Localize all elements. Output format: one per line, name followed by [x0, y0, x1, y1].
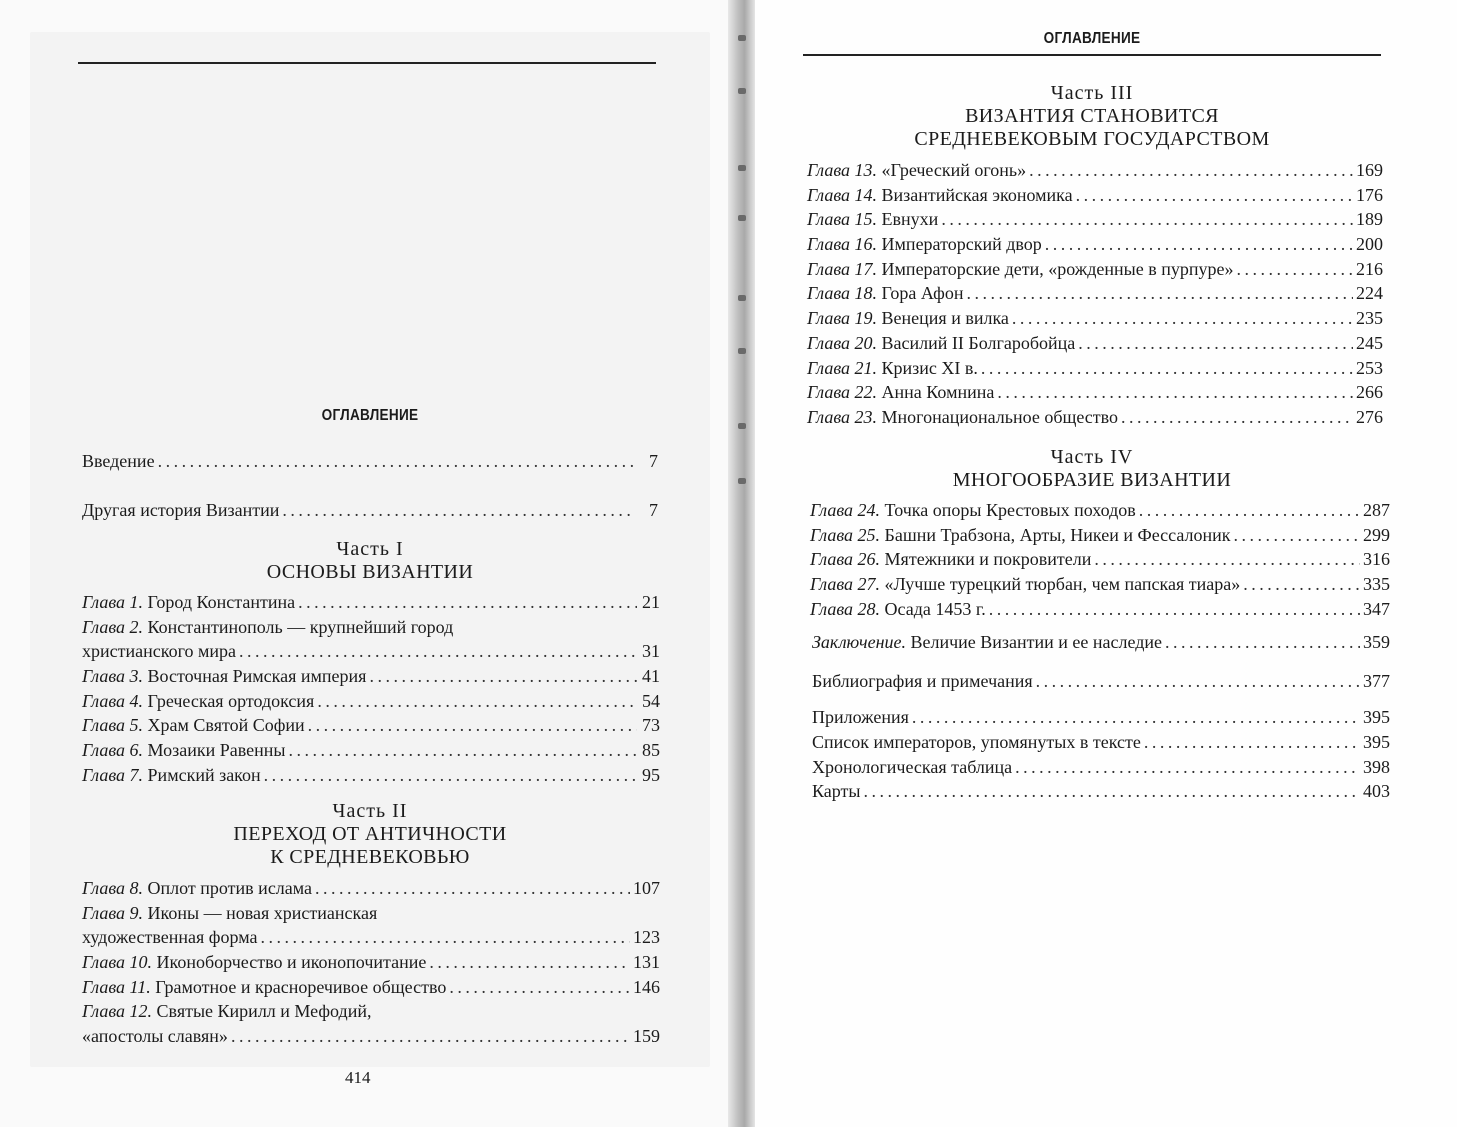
- toc-entry-emperors-list[interactable]: Список императоров, упомянутых в тексте3…: [812, 732, 1390, 757]
- entry-title: Введение: [82, 451, 155, 472]
- entry-title: Глава 7. Римский закон: [82, 765, 261, 786]
- leader-dots: [158, 451, 635, 472]
- toc-entry-chapter-2[interactable]: Глава 2. Константинополь — крупнейший го…: [82, 617, 660, 642]
- page-ref: 216: [1356, 259, 1383, 280]
- entry-title: Глава 1. Город Константина: [82, 592, 295, 613]
- entry-prefix: Глава 13.: [807, 160, 877, 180]
- entry-prefix: Глава 8.: [82, 878, 143, 898]
- toc-entry-chapter-5[interactable]: Глава 5. Храм Святой Софии73: [82, 715, 660, 740]
- toc-entry-chapter-24[interactable]: Глава 24. Точка опоры Крестовых походов2…: [810, 500, 1390, 525]
- entry-title: Глава 20. Василий II Болгаробойца: [807, 333, 1075, 354]
- part-2-heading: Часть II ПЕРЕХОД ОТ АНТИЧНОСТИ К СРЕДНЕВ…: [60, 800, 680, 869]
- leader-dots: [1139, 500, 1360, 521]
- toc-entry-chapter-18[interactable]: Глава 18. Гора Афон224: [807, 283, 1383, 308]
- entry-title: Глава 10. Иконоборчество и иконопочитани…: [82, 952, 426, 973]
- page-ref: 21: [640, 592, 660, 613]
- entry-title: Мятежники и покровители: [885, 549, 1092, 569]
- binding-thread: [738, 348, 746, 354]
- entry-title: Глава 17. Императорские дети, «рожденные…: [807, 259, 1233, 280]
- page-ref: 189: [1356, 209, 1383, 230]
- intro-entries: Введение7 Другая история Византии7: [82, 451, 658, 524]
- entry-title: Глава 25. Башни Трабзона, Арты, Никеи и …: [810, 525, 1230, 546]
- leader-dots: [1233, 525, 1360, 546]
- page-ref: 123: [633, 927, 660, 948]
- entry-title: Глава 4. Греческая ортодоксия: [82, 691, 314, 712]
- entry-title: «апостолы славян»: [82, 1026, 228, 1047]
- page-ref: 146: [633, 977, 660, 998]
- binding-thread: [738, 35, 746, 41]
- entry-title: Мозаики Равенны: [148, 740, 286, 760]
- leader-dots: [1236, 259, 1353, 280]
- leader-dots: [239, 641, 637, 662]
- leader-dots: [1165, 632, 1360, 653]
- entry-prefix: Глава 18.: [807, 283, 877, 303]
- entry-title: Византийская экономика: [882, 185, 1073, 205]
- toc-entry-chapter-26[interactable]: Глава 26. Мятежники и покровители316: [810, 549, 1390, 574]
- toc-entry-conclusion[interactable]: Заключение. Величие Византии и ее наслед…: [812, 632, 1390, 657]
- part-4-chapters: Глава 24. Точка опоры Крестовых походов2…: [810, 500, 1390, 623]
- leader-dots: [1029, 160, 1353, 181]
- book-spine: [728, 0, 758, 1127]
- toc-entry-chapter-27[interactable]: Глава 27. «Лучше турецкий тюрбан, чем па…: [810, 574, 1390, 599]
- entry-title: Глава 16. Императорский двор: [807, 234, 1042, 255]
- entry-title: Евнухи: [882, 209, 939, 229]
- part-3-chapters: Глава 13. «Греческий огонь»169 Глава 14.…: [807, 160, 1383, 432]
- toc-entry-chapter-25[interactable]: Глава 25. Башни Трабзона, Арты, Никеи и …: [810, 525, 1390, 550]
- page-ref: 403: [1363, 781, 1390, 802]
- entry-title: христианского мира: [82, 641, 236, 662]
- toc-entry-chapter-22[interactable]: Глава 22. Анна Комнина266: [807, 382, 1383, 407]
- page-ref: 316: [1363, 549, 1390, 570]
- entry-prefix: Глава 26.: [810, 549, 880, 569]
- toc-entry-chapter-6[interactable]: Глава 6. Мозаики Равенны85: [82, 740, 660, 765]
- toc-entry-introduction[interactable]: Введение7: [82, 451, 658, 476]
- entry-title: Императорский двор: [882, 234, 1042, 254]
- toc-entry-chapter-1[interactable]: Глава 1. Город Константина21: [82, 592, 660, 617]
- entry-title: Глава 19. Венеция и вилка: [807, 308, 1009, 329]
- leader-dots: [966, 283, 1353, 304]
- entry-title: Гора Афон: [882, 283, 964, 303]
- entry-title: Греческая ортодоксия: [148, 691, 315, 711]
- entry-title: Глава 6. Мозаики Равенны: [82, 740, 285, 761]
- page-ref: 107: [633, 878, 660, 899]
- binding-thread: [738, 295, 746, 301]
- entry-title: Глава 27. «Лучше турецкий тюрбан, чем па…: [810, 574, 1240, 595]
- leader-dots: [282, 500, 635, 521]
- entry-title: Глава 21. Кризис XI в.: [807, 358, 978, 379]
- toc-entry-chapter-28[interactable]: Глава 28. Осада 1453 г.347: [810, 599, 1390, 624]
- leader-dots: [260, 927, 630, 948]
- entry-title: Восточная Римская империя: [148, 666, 367, 686]
- entry-title: Глава 8. Оплот против ислама: [82, 878, 312, 899]
- leader-dots: [449, 977, 630, 998]
- header-rule: [803, 54, 1381, 56]
- leader-dots: [1078, 333, 1353, 354]
- entry-title: Венеция и вилка: [882, 308, 1009, 328]
- entry-title: Анна Комнина: [882, 382, 995, 402]
- page-ref: 131: [633, 952, 660, 973]
- leader-dots: [1144, 732, 1360, 753]
- entry-prefix: Глава 3.: [82, 666, 143, 686]
- entry-prefix: Глава 22.: [807, 382, 877, 402]
- page-ref: 95: [640, 765, 660, 786]
- page-ref: 7: [638, 500, 658, 521]
- entry-prefix: Глава 19.: [807, 308, 877, 328]
- toc-entry-chapter-19[interactable]: Глава 19. Венеция и вилка235: [807, 308, 1383, 333]
- entry-prefix: Глава 1.: [82, 592, 143, 612]
- entry-title: Список императоров, упомянутых в тексте: [812, 732, 1141, 753]
- leader-dots: [317, 691, 637, 712]
- entry-title: Карты: [812, 781, 860, 802]
- leader-dots: [912, 707, 1360, 728]
- page-ref: 377: [1363, 671, 1390, 692]
- toc-entry-chapter-20[interactable]: Глава 20. Василий II Болгаробойца245: [807, 333, 1383, 358]
- toc-entry-chapter-8[interactable]: Глава 8. Оплот против ислама107: [82, 878, 660, 903]
- entry-title: Глава 13. «Греческий огонь»: [807, 160, 1026, 181]
- toc-entry-chapter-2-cont[interactable]: христианского мира31: [82, 641, 660, 666]
- page-ref: 7: [638, 451, 658, 472]
- entry-prefix: Глава 25.: [810, 525, 880, 545]
- entry-title: Глава 24. Точка опоры Крестовых походов: [810, 500, 1136, 521]
- page-ref: 85: [640, 740, 660, 761]
- entry-title: Другая история Византии: [82, 500, 279, 521]
- toc-entry-chapter-23[interactable]: Глава 23. Многонациональное общество276: [807, 407, 1383, 432]
- entry-title: Константинополь — крупнейший город: [148, 617, 454, 637]
- part-2-chapters: Глава 8. Оплот против ислама107 Глава 9.…: [82, 878, 660, 1051]
- page-ref: 176: [1356, 185, 1383, 206]
- binding-thread: [738, 478, 746, 484]
- entry-prefix: Глава 21.: [807, 358, 877, 378]
- entry-title: Заключение. Величие Византии и ее наслед…: [812, 632, 1162, 653]
- leader-dots: [863, 781, 1360, 802]
- leader-dots: [1243, 574, 1360, 595]
- entry-title: Храм Святой Софии: [148, 715, 305, 735]
- leader-dots: [1015, 757, 1360, 778]
- toc-entry-chapter-13[interactable]: Глава 13. «Греческий огонь»169: [807, 160, 1383, 185]
- part-3-heading: Часть III ВИЗАНТИЯ СТАНОВИТСЯ СРЕДНЕВЕКО…: [802, 82, 1382, 151]
- leader-dots: [981, 358, 1353, 379]
- toc-entry-chapter-14[interactable]: Глава 14. Византийская экономика176: [807, 185, 1383, 210]
- entry-title: Глава 15. Евнухи: [807, 209, 938, 230]
- entry-prefix: Глава 24.: [810, 500, 880, 520]
- entry-prefix: Глава 12.: [82, 1001, 152, 1021]
- toc-entry-chapter-16[interactable]: Глава 16. Императорский двор200: [807, 234, 1383, 259]
- page-ref: 266: [1356, 382, 1383, 403]
- entry-title: Оплот против ислама: [148, 878, 313, 898]
- entry-title: Точка опоры Крестовых походов: [885, 500, 1136, 520]
- leader-dots: [429, 952, 630, 973]
- toc-entry-maps[interactable]: Карты403: [812, 781, 1390, 806]
- toc-entry-other-history[interactable]: Другая история Византии7: [82, 500, 658, 525]
- page-ref: 224: [1356, 283, 1383, 304]
- page-ref: 347: [1363, 599, 1390, 620]
- entry-title: Глава 3. Восточная Римская империя: [82, 666, 366, 687]
- binding-thread: [738, 423, 746, 429]
- page-ref: 235: [1356, 308, 1383, 329]
- entry-prefix: Глава 28.: [810, 599, 880, 619]
- back-matter: Заключение. Величие Византии и ее наслед…: [812, 632, 1390, 806]
- entry-title: Город Константина: [148, 592, 296, 612]
- entry-title: Глава 28. Осада 1453 г.: [810, 599, 986, 620]
- entry-prefix: Глава 2.: [82, 617, 143, 637]
- leader-dots: [288, 740, 637, 761]
- left-page: ОГЛАВЛЕНИЕ Введение7 Другая история Виза…: [0, 0, 735, 1127]
- entry-prefix: Глава 15.: [807, 209, 877, 229]
- entry-title: Глава 11. Грамотное и красноречивое обще…: [82, 977, 446, 998]
- part-1-chapters: Глава 1. Город Константина21 Глава 2. Ко…: [82, 592, 660, 790]
- entry-title: Башни Трабзона, Арты, Никеи и Фессалоник: [885, 525, 1231, 545]
- leader-dots: [1036, 671, 1360, 692]
- toc-entry-chapter-9[interactable]: Глава 9. Иконы — новая христианская: [82, 903, 660, 928]
- page-ref: 335: [1363, 574, 1390, 595]
- entry-prefix: Глава 11.: [82, 977, 151, 997]
- entry-prefix: Глава 20.: [807, 333, 877, 353]
- page-number: 414: [345, 1068, 371, 1088]
- leader-dots: [997, 382, 1353, 403]
- leader-dots: [1094, 549, 1360, 570]
- page-ref: 287: [1363, 500, 1390, 521]
- entry-title: Глава 26. Мятежники и покровители: [810, 549, 1091, 570]
- entry-prefix: Глава 17.: [807, 259, 877, 279]
- entry-title: Иконы — новая христианская: [148, 903, 378, 923]
- leader-dots: [308, 715, 637, 736]
- part-4-heading: Часть IV МНОГООБРАЗИЕ ВИЗАНТИИ: [802, 446, 1382, 492]
- entry-title: «Греческий огонь»: [882, 160, 1027, 180]
- entry-prefix: Глава 5.: [82, 715, 143, 735]
- entry-title: Глава 14. Византийская экономика: [807, 185, 1073, 206]
- toc-entry-chapter-12-cont[interactable]: «апостолы славян»159: [82, 1026, 660, 1051]
- entry-title: Многонациональное общество: [882, 407, 1118, 427]
- entry-title: Глава 9. Иконы — новая христианская: [82, 903, 377, 924]
- toc-entry-chapter-4[interactable]: Глава 4. Греческая ортодоксия54: [82, 691, 660, 716]
- binding-thread: [738, 88, 746, 94]
- entry-title: Грамотное и красноречивое общество: [155, 977, 446, 997]
- binding-thread: [738, 215, 746, 221]
- entry-title: Глава 18. Гора Афон: [807, 283, 963, 304]
- leader-dots: [369, 666, 637, 687]
- page-ref: 245: [1356, 333, 1383, 354]
- leader-dots: [1121, 407, 1353, 428]
- entry-title: Глава 12. Святые Кирилл и Мефодий,: [82, 1001, 371, 1022]
- toc-entry-chronology[interactable]: Хронологическая таблица398: [812, 757, 1390, 782]
- entry-prefix: Заключение.: [812, 632, 906, 652]
- part-1-heading: Часть I ОСНОВЫ ВИЗАНТИИ: [60, 538, 680, 584]
- leader-dots: [298, 592, 637, 613]
- page-ref: 200: [1356, 234, 1383, 255]
- entry-prefix: Глава 10.: [82, 952, 152, 972]
- leader-dots: [264, 765, 637, 786]
- page-ref: 276: [1356, 407, 1383, 428]
- entry-title: Римский закон: [148, 765, 261, 785]
- entry-prefix: Глава 16.: [807, 234, 877, 254]
- entry-title: художественная форма: [82, 927, 257, 948]
- page-ref: 41: [640, 666, 660, 687]
- toc-entry-chapter-17[interactable]: Глава 17. Императорские дети, «рожденные…: [807, 259, 1383, 284]
- entry-prefix: Глава 9.: [82, 903, 143, 923]
- entry-title: Глава 2. Константинополь — крупнейший го…: [82, 617, 453, 638]
- toc-entry-chapter-7[interactable]: Глава 7. Римский закон95: [82, 765, 660, 790]
- page-ref: 54: [640, 691, 660, 712]
- entry-title: Иконоборчество и иконопочитание: [157, 952, 427, 972]
- leader-dots: [1045, 234, 1353, 255]
- entry-title: Глава 5. Храм Святой Софии: [82, 715, 305, 736]
- entry-prefix: Глава 27.: [810, 574, 880, 594]
- entry-title: Святые Кирилл и Мефодий,: [157, 1001, 372, 1021]
- toc-heading: ОГЛАВЛЕНИЕ: [107, 407, 634, 425]
- entry-title: Императорские дети, «рожденные в пурпуре…: [882, 259, 1234, 279]
- toc-entry-chapter-12[interactable]: Глава 12. Святые Кирилл и Мефодий,: [82, 1001, 660, 1026]
- entry-title: Глава 22. Анна Комнина: [807, 382, 994, 403]
- page-ref: 73: [640, 715, 660, 736]
- page-ref: 159: [633, 1026, 660, 1047]
- leader-dots: [231, 1026, 630, 1047]
- toc-entry-chapter-15[interactable]: Глава 15. Евнухи189: [807, 209, 1383, 234]
- entry-title: Василий II Болгаробойца: [882, 333, 1076, 353]
- leader-dots: [315, 878, 630, 899]
- leader-dots: [941, 209, 1353, 230]
- page-ref: 31: [640, 641, 660, 662]
- entry-prefix: Глава 6.: [82, 740, 143, 760]
- toc-entry-chapter-3[interactable]: Глава 3. Восточная Римская империя41: [82, 666, 660, 691]
- toc-entry-bibliography[interactable]: Библиография и примечания377: [812, 671, 1390, 696]
- running-head: ОГЛАВЛЕНИЕ: [846, 30, 1339, 48]
- page-ref: 359: [1363, 632, 1390, 653]
- page-ref: 398: [1363, 757, 1390, 778]
- entry-title: Величие Византии и ее наследие: [911, 632, 1163, 652]
- entry-title: Приложения: [812, 707, 909, 728]
- page-ref: 253: [1356, 358, 1383, 379]
- entry-prefix: Глава 23.: [807, 407, 877, 427]
- entry-title: Осада 1453 г.: [885, 599, 986, 619]
- page-ref: 299: [1363, 525, 1390, 546]
- entry-prefix: Глава 7.: [82, 765, 143, 785]
- toc-entry-chapter-9-cont[interactable]: художественная форма123: [82, 927, 660, 952]
- leader-dots: [1012, 308, 1353, 329]
- page-ref: 395: [1363, 732, 1390, 753]
- entry-prefix: Глава 4.: [82, 691, 143, 711]
- right-page: ОГЛАВЛЕНИЕ Часть III ВИЗАНТИЯ СТАНОВИТСЯ…: [755, 0, 1457, 1127]
- toc-entry-chapter-21[interactable]: Глава 21. Кризис XI в.253: [807, 358, 1383, 383]
- entry-title: Глава 23. Многонациональное общество: [807, 407, 1118, 428]
- binding-thread: [738, 165, 746, 171]
- header-rule: [78, 62, 656, 64]
- page-ref: 395: [1363, 707, 1390, 728]
- toc-entry-chapter-11[interactable]: Глава 11. Грамотное и красноречивое обще…: [82, 977, 660, 1002]
- page-ref: 169: [1356, 160, 1383, 181]
- toc-entry-appendices[interactable]: Приложения395: [812, 707, 1390, 732]
- entry-title: Хронологическая таблица: [812, 757, 1012, 778]
- leader-dots: [1076, 185, 1353, 206]
- leader-dots: [989, 599, 1360, 620]
- entry-prefix: Глава 14.: [807, 185, 877, 205]
- toc-entry-chapter-10[interactable]: Глава 10. Иконоборчество и иконопочитани…: [82, 952, 660, 977]
- entry-title: «Лучше турецкий тюрбан, чем папская тиар…: [885, 574, 1241, 594]
- entry-title: Кризис XI в.: [882, 358, 978, 378]
- entry-title: Библиография и примечания: [812, 671, 1033, 692]
